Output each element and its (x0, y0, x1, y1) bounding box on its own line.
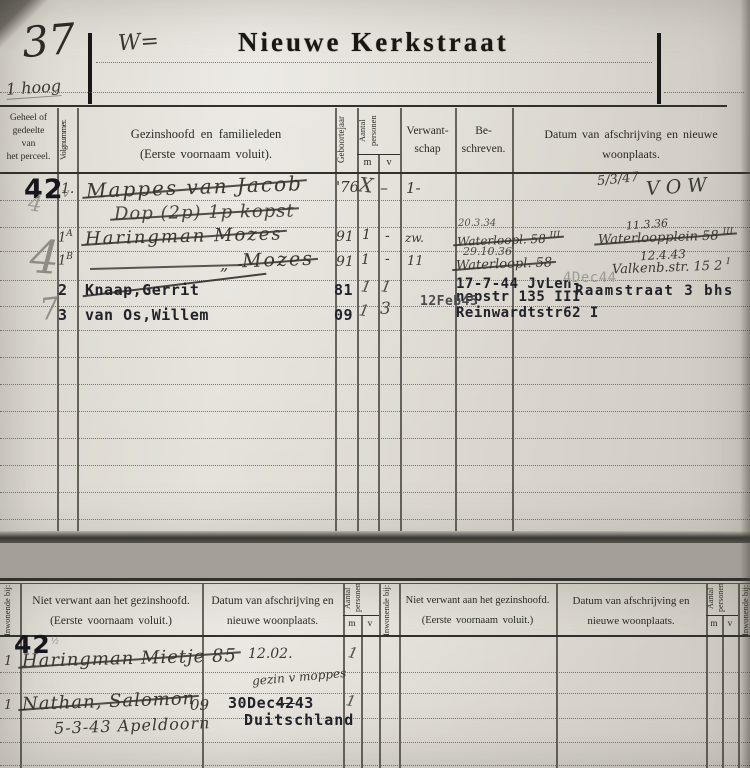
column-line (361, 615, 363, 768)
row-datum: Raamstraat 3 bhs (575, 283, 734, 299)
row-volgnummer: 1B (58, 252, 73, 268)
row-datum-code: V O W (645, 174, 707, 200)
row-aantal-m: 1 (344, 691, 357, 711)
floor-note: 1 hoog (5, 76, 61, 100)
paper-edge-shading (740, 0, 750, 768)
row-line (0, 384, 750, 385)
row-aantal-v: 3 (380, 299, 391, 319)
register-card-scan: 37 1 hoog W= Nieuwe Kerkstraat Geheel of… (0, 0, 750, 768)
row-aantal-m: 1 (346, 643, 359, 663)
row-volgnummer: 1. (61, 181, 74, 197)
col-header-aantal: Aantal personen (357, 108, 400, 154)
pencil-mark: 4 (28, 229, 61, 285)
row-name: van Os,Willem (85, 306, 209, 324)
row-aantal-v: 1 (379, 276, 392, 296)
row-aantal-m: 1 (359, 276, 372, 296)
col-header-v: v (722, 619, 738, 629)
header-dotted-line (96, 62, 652, 63)
row-line (0, 357, 750, 358)
row-note: gezin v moppes (252, 666, 347, 688)
row-ditto-mark: „ (220, 255, 228, 274)
col-header-aantal: Aantal personen (343, 582, 379, 614)
col-header-m: m (706, 619, 722, 629)
row-aantal-v: - (385, 251, 390, 267)
header-dotted-line (664, 92, 744, 93)
row-name: Mappes van Jacob (86, 171, 304, 203)
col-header-gezinshoofd: Gezinshoofd en familieleden (Eerste voor… (77, 124, 335, 164)
addr-sup: III (722, 227, 733, 237)
row-line (0, 251, 750, 252)
row-line (0, 330, 750, 331)
row-aantal-m: 1 (362, 227, 371, 243)
addr-sup: I (726, 257, 730, 267)
col-header-v: v (378, 157, 400, 168)
col-header-datum: Datum van afschrijving ennieuwe woonplaa… (556, 591, 706, 631)
house-number: 37 (20, 14, 78, 67)
mv-divider (706, 615, 738, 616)
col-header-nietverwant: Niet verwant aan het gezinshoofd.(Eerste… (399, 591, 556, 631)
row-aantal-v: – (380, 178, 388, 197)
row-datum: Waterloopplein 58 III (598, 227, 734, 248)
volg-sup: A (66, 229, 73, 239)
volg-sup: B (66, 252, 73, 262)
row-date-typed: 30Dec4243 (228, 694, 314, 712)
header-bottom-rule (0, 635, 750, 637)
row-birthyear: 91 (336, 229, 354, 245)
row-datum: Valkenb.str. 15 2 I (612, 257, 731, 277)
row-line (0, 438, 750, 439)
row-line (0, 411, 750, 412)
row-line (0, 492, 750, 493)
row-birthyear: '76 (336, 178, 359, 196)
col-header-beschreven: Be-schreven. (455, 122, 512, 158)
card-top-rule (0, 578, 750, 581)
row-beschreven: Waterloopl. 58 (456, 255, 553, 273)
row-line (0, 765, 750, 766)
row-volgnummer: 3 (58, 306, 68, 324)
col-header-geboortejaar: Geboortejaar (336, 108, 357, 172)
header-right-bar (657, 33, 661, 104)
col-header-inwonende: Inwonende bij: (381, 584, 398, 636)
struck-year: 42 (276, 694, 295, 712)
row-aantal-m: 1 (361, 252, 370, 268)
col-header-inwonende: Inwonende bij: (2, 584, 19, 636)
card-edge-shadow (0, 531, 750, 543)
col-header-aantal: Aantal personen (706, 582, 738, 614)
row-name-note: Dop (2p) 1p kopst (114, 200, 295, 224)
mv-divider (357, 154, 400, 155)
mv-divider (343, 615, 379, 616)
header-left-bar (88, 33, 92, 104)
row-number: 1 (4, 698, 12, 713)
row-birthyear: 91 (336, 254, 354, 270)
row-date: 12.02. (248, 646, 293, 662)
col-header-volgnummer: Volgnummer. (58, 108, 77, 172)
row-beschreven-date: 20.3.34 (458, 218, 496, 229)
column-line (722, 615, 724, 768)
row-line (0, 742, 750, 743)
row-name: Mozes (242, 248, 315, 272)
row-birthyear: 09 (190, 696, 209, 714)
header-rule (0, 105, 727, 107)
row-line (0, 672, 750, 673)
row-number: 1 (4, 654, 12, 669)
row-birthyear: 81 (334, 281, 353, 299)
col-header-nietverwant: Niet verwant aan het gezinshoofd.(Eerste… (20, 591, 202, 631)
col-header-datum: Datum van afschrijving ennieuwe woonplaa… (202, 591, 343, 631)
row-verwantschap: zw. (405, 231, 424, 245)
row-volgnummer: 1A (58, 229, 73, 245)
row-line (0, 465, 750, 466)
stamp-sup: ½ (51, 637, 61, 647)
col-header-v: v (361, 619, 379, 629)
row-aantal-v: - (385, 228, 390, 244)
row-datum-date: 5/3/47 (596, 170, 639, 189)
row-destination: Duitschland (244, 711, 354, 729)
col-header-perceel: Geheel ofgedeelte vanhet perceel. (0, 112, 57, 164)
row-beschreven: Reinwardtstr62 I (456, 305, 599, 321)
row-birthyear: 09 (334, 306, 353, 324)
col-header-verwantschap: Verwant-schap (400, 122, 455, 158)
street-prefix: W= (117, 29, 160, 57)
header-dotted-line (0, 92, 652, 93)
col-header-m: m (357, 157, 378, 168)
row-verwantschap: 11 (407, 254, 424, 269)
top-card: 37 1 hoog W= Nieuwe Kerkstraat Geheel of… (0, 0, 750, 543)
row-aantal-m: 1 (357, 300, 370, 320)
pencil-mark: 4 (26, 191, 43, 218)
row-name: Haringman Mozes (85, 223, 283, 249)
row-note: 5-3-43 Apeldoorn (54, 713, 211, 737)
row-verwantschap: 1- (406, 179, 421, 197)
street-name: Nieuwe Kerkstraat (238, 27, 509, 58)
row-volgnummer: 2 (58, 281, 68, 299)
bottom-card: Inwonende bij: Niet verwant aan het gezi… (0, 578, 750, 768)
col-header-datum: Datum van afschrijving en nieuwe woonpla… (512, 124, 750, 164)
addr-sup: III (549, 230, 560, 240)
row-name: Haringman Mietje 85 (22, 645, 237, 672)
row-aantal-m: X (358, 172, 375, 197)
column-line (378, 155, 380, 543)
row-line (0, 519, 750, 520)
col-header-m: m (343, 619, 361, 629)
